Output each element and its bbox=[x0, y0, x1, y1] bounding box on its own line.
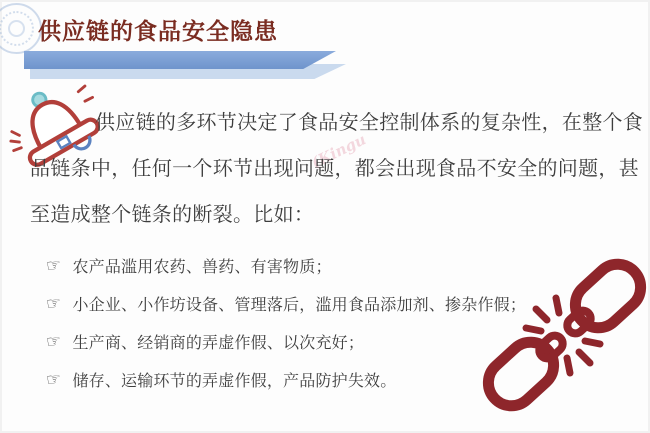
pointing-hand-icon: ☞ bbox=[45, 256, 63, 275]
pointing-hand-icon: ☞ bbox=[45, 370, 63, 389]
slide-canvas: 供应链的食品安全隐患 (Kingu 供应链的多环节决定了食品安全控制体系的复杂性… bbox=[0, 0, 650, 433]
intro-paragraph: 供应链的多环节决定了食品安全控制体系的复杂性，在整个食 品链条中，任何一个环节出… bbox=[30, 100, 642, 238]
bullet-text: 小企业、小作坊设备、管理落后，滥用食品添加剂、掺杂作假； bbox=[72, 292, 526, 315]
bullet-text: 农产品滥用农药、兽药、有害物质； bbox=[72, 254, 331, 277]
paragraph-line: 供应链的多环节决定了食品安全控制体系的复杂性，在整个食 bbox=[30, 100, 642, 146]
bullet-text: 生产商、经销商的弄虚作假、以次充好； bbox=[72, 330, 364, 353]
gear-badge-icon bbox=[0, 3, 42, 54]
broken-chain-icon bbox=[477, 240, 649, 430]
pointing-hand-icon: ☞ bbox=[45, 294, 63, 313]
bullet-text: 储存、运输环节的弄虚作假，产品防护失效。 bbox=[72, 368, 396, 391]
title-underline-bar bbox=[24, 51, 336, 69]
paragraph-line: 品链条中，任何一个环节出现问题，都会出现食品不安全的问题，甚 bbox=[30, 146, 642, 192]
slide-title: 供应链的食品安全隐患 bbox=[38, 15, 278, 47]
paragraph-line: 至造成整个链条的断裂。比如： bbox=[30, 192, 642, 238]
pointing-hand-icon: ☞ bbox=[45, 332, 63, 351]
